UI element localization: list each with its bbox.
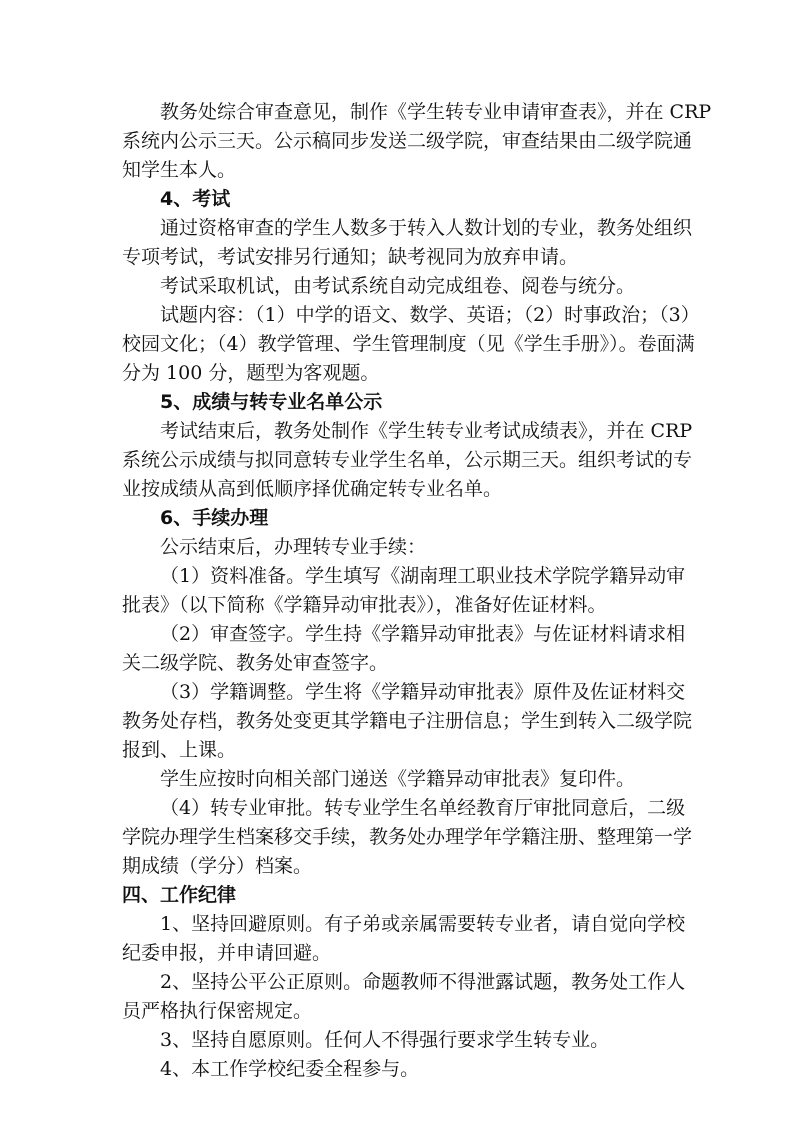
paragraph-review-publicity: 教务处综合审查意见，制作《学生转专业申请审查表》，并在 CRP 系统内公示三天。… (122, 98, 672, 185)
text-line: 2、坚持公平公正原则。命题教师不得泄露试题，教务处工作人 (122, 968, 672, 997)
text-line: 员严格执行保密规定。 (122, 997, 672, 1026)
text-line: 教务处存档，教务处变更其学籍电子注册信息；学生到转入二级学院 (122, 707, 672, 736)
text-line: 分为 100 分，题型为客观题。 (122, 359, 672, 388)
text-line: 通过资格审查的学生人数多于转入人数计划的专业，教务处组织 (122, 214, 672, 243)
paragraph-results: 考试结束后，教务处制作《学生转专业考试成绩表》，并在 CRP 系统公示成绩与拟同… (122, 417, 672, 504)
text-line: 知学生本人。 (122, 156, 672, 185)
text-line: 校园文化；（4）教学管理、学生管理制度（见《学生手册》）。卷面满 (122, 330, 672, 359)
text-line: 关二级学院、教务处审查签字。 (122, 649, 672, 678)
paragraph-discipline-3: 3、坚持自愿原则。任何人不得强行要求学生转专业。 (122, 1026, 672, 1055)
text-line: 学生应按时向相关部门递送《学籍异动审批表》复印件。 (122, 765, 672, 794)
paragraph-discipline-1: 1、坚持回避原则。有子弟或亲属需要转专业者，请自觉向学校 纪委申报，并申请回避。 (122, 910, 672, 968)
text-line: 批表》（以下简称《学籍异动审批表》），准备好佐证材料。 (122, 591, 672, 620)
text-line: 系统公示成绩与拟同意转专业学生名单，公示期三天。组织考试的专 (122, 446, 672, 475)
paragraph-copy-submission: 学生应按时向相关部门递送《学籍异动审批表》复印件。 (122, 765, 672, 794)
paragraph-exam-organization: 通过资格审查的学生人数多于转入人数计划的专业，教务处组织 专项考试，考试安排另行… (122, 214, 672, 272)
text-line: 学院办理学生档案移交手续，教务处办理学年学籍注册、整理第一学 (122, 823, 672, 852)
text-line: 3、坚持自愿原则。任何人不得强行要求学生转专业。 (122, 1026, 672, 1055)
text-line: 4、本工作学校纪委全程参与。 (122, 1055, 672, 1084)
text-line: 考试结束后，教务处制作《学生转专业考试成绩表》，并在 CRP (122, 417, 672, 446)
document-body: 教务处综合审查意见，制作《学生转专业申请审查表》，并在 CRP 系统内公示三天。… (122, 98, 672, 1084)
paragraph-step-3: （3）学籍调整。学生将《学籍异动审批表》原件及佐证材料交 教务处存档，教务处变更… (122, 678, 672, 765)
text-line: 专项考试，考试安排另行通知；缺考视同为放弃申请。 (122, 243, 672, 272)
paragraph-step-2: （2）审查签字。学生持《学籍异动审批表》与佐证材料请求相 关二级学院、教务处审查… (122, 620, 672, 678)
text-line: 期成绩（学分）档案。 (122, 852, 672, 881)
text-line: （2）审查签字。学生持《学籍异动审批表》与佐证材料请求相 (122, 620, 672, 649)
text-line: 考试采取机试，由考试系统自动完成组卷、阅卷与统分。 (122, 272, 672, 301)
text-line: 试题内容：（1）中学的语文、数学、英语；（2）时事政治；（3） (122, 301, 672, 330)
text-line: 系统内公示三天。公示稿同步发送二级学院，审查结果由二级学院通 (122, 127, 672, 156)
text-line: 公示结束后，办理转专业手续： (122, 533, 672, 562)
text-line: 业按成绩从高到低顺序择优确定转专业名单。 (122, 475, 672, 504)
subheading-results-publicity: 5、成绩与转专业名单公示 (122, 388, 672, 417)
paragraph-procedures-intro: 公示结束后，办理转专业手续： (122, 533, 672, 562)
text-line: 纪委申报，并申请回避。 (122, 939, 672, 968)
paragraph-step-1: （1）资料准备。学生填写《湖南理工职业技术学院学籍异动审 批表》（以下简称《学籍… (122, 562, 672, 620)
text-line: （1）资料准备。学生填写《湖南理工职业技术学院学籍异动审 (122, 562, 672, 591)
paragraph-exam-method: 考试采取机试，由考试系统自动完成组卷、阅卷与统分。 (122, 272, 672, 301)
text-line: 教务处综合审查意见，制作《学生转专业申请审查表》，并在 CRP (122, 98, 672, 127)
subheading-exam: 4、考试 (122, 185, 672, 214)
section-heading-work-discipline: 四、工作纪律 (122, 881, 672, 910)
text-line: 报到、上课。 (122, 736, 672, 765)
paragraph-step-4: （4）转专业审批。转专业学生名单经教育厅审批同意后，二级 学院办理学生档案移交手… (122, 794, 672, 881)
paragraph-discipline-4: 4、本工作学校纪委全程参与。 (122, 1055, 672, 1084)
paragraph-exam-content: 试题内容：（1）中学的语文、数学、英语；（2）时事政治；（3） 校园文化；（4）… (122, 301, 672, 388)
text-line: （4）转专业审批。转专业学生名单经教育厅审批同意后，二级 (122, 794, 672, 823)
document-page: 教务处综合审查意见，制作《学生转专业申请审查表》，并在 CRP 系统内公示三天。… (0, 0, 793, 1122)
subheading-procedures: 6、手续办理 (122, 504, 672, 533)
text-line: 1、坚持回避原则。有子弟或亲属需要转专业者，请自觉向学校 (122, 910, 672, 939)
paragraph-discipline-2: 2、坚持公平公正原则。命题教师不得泄露试题，教务处工作人 员严格执行保密规定。 (122, 968, 672, 1026)
text-line: （3）学籍调整。学生将《学籍异动审批表》原件及佐证材料交 (122, 678, 672, 707)
